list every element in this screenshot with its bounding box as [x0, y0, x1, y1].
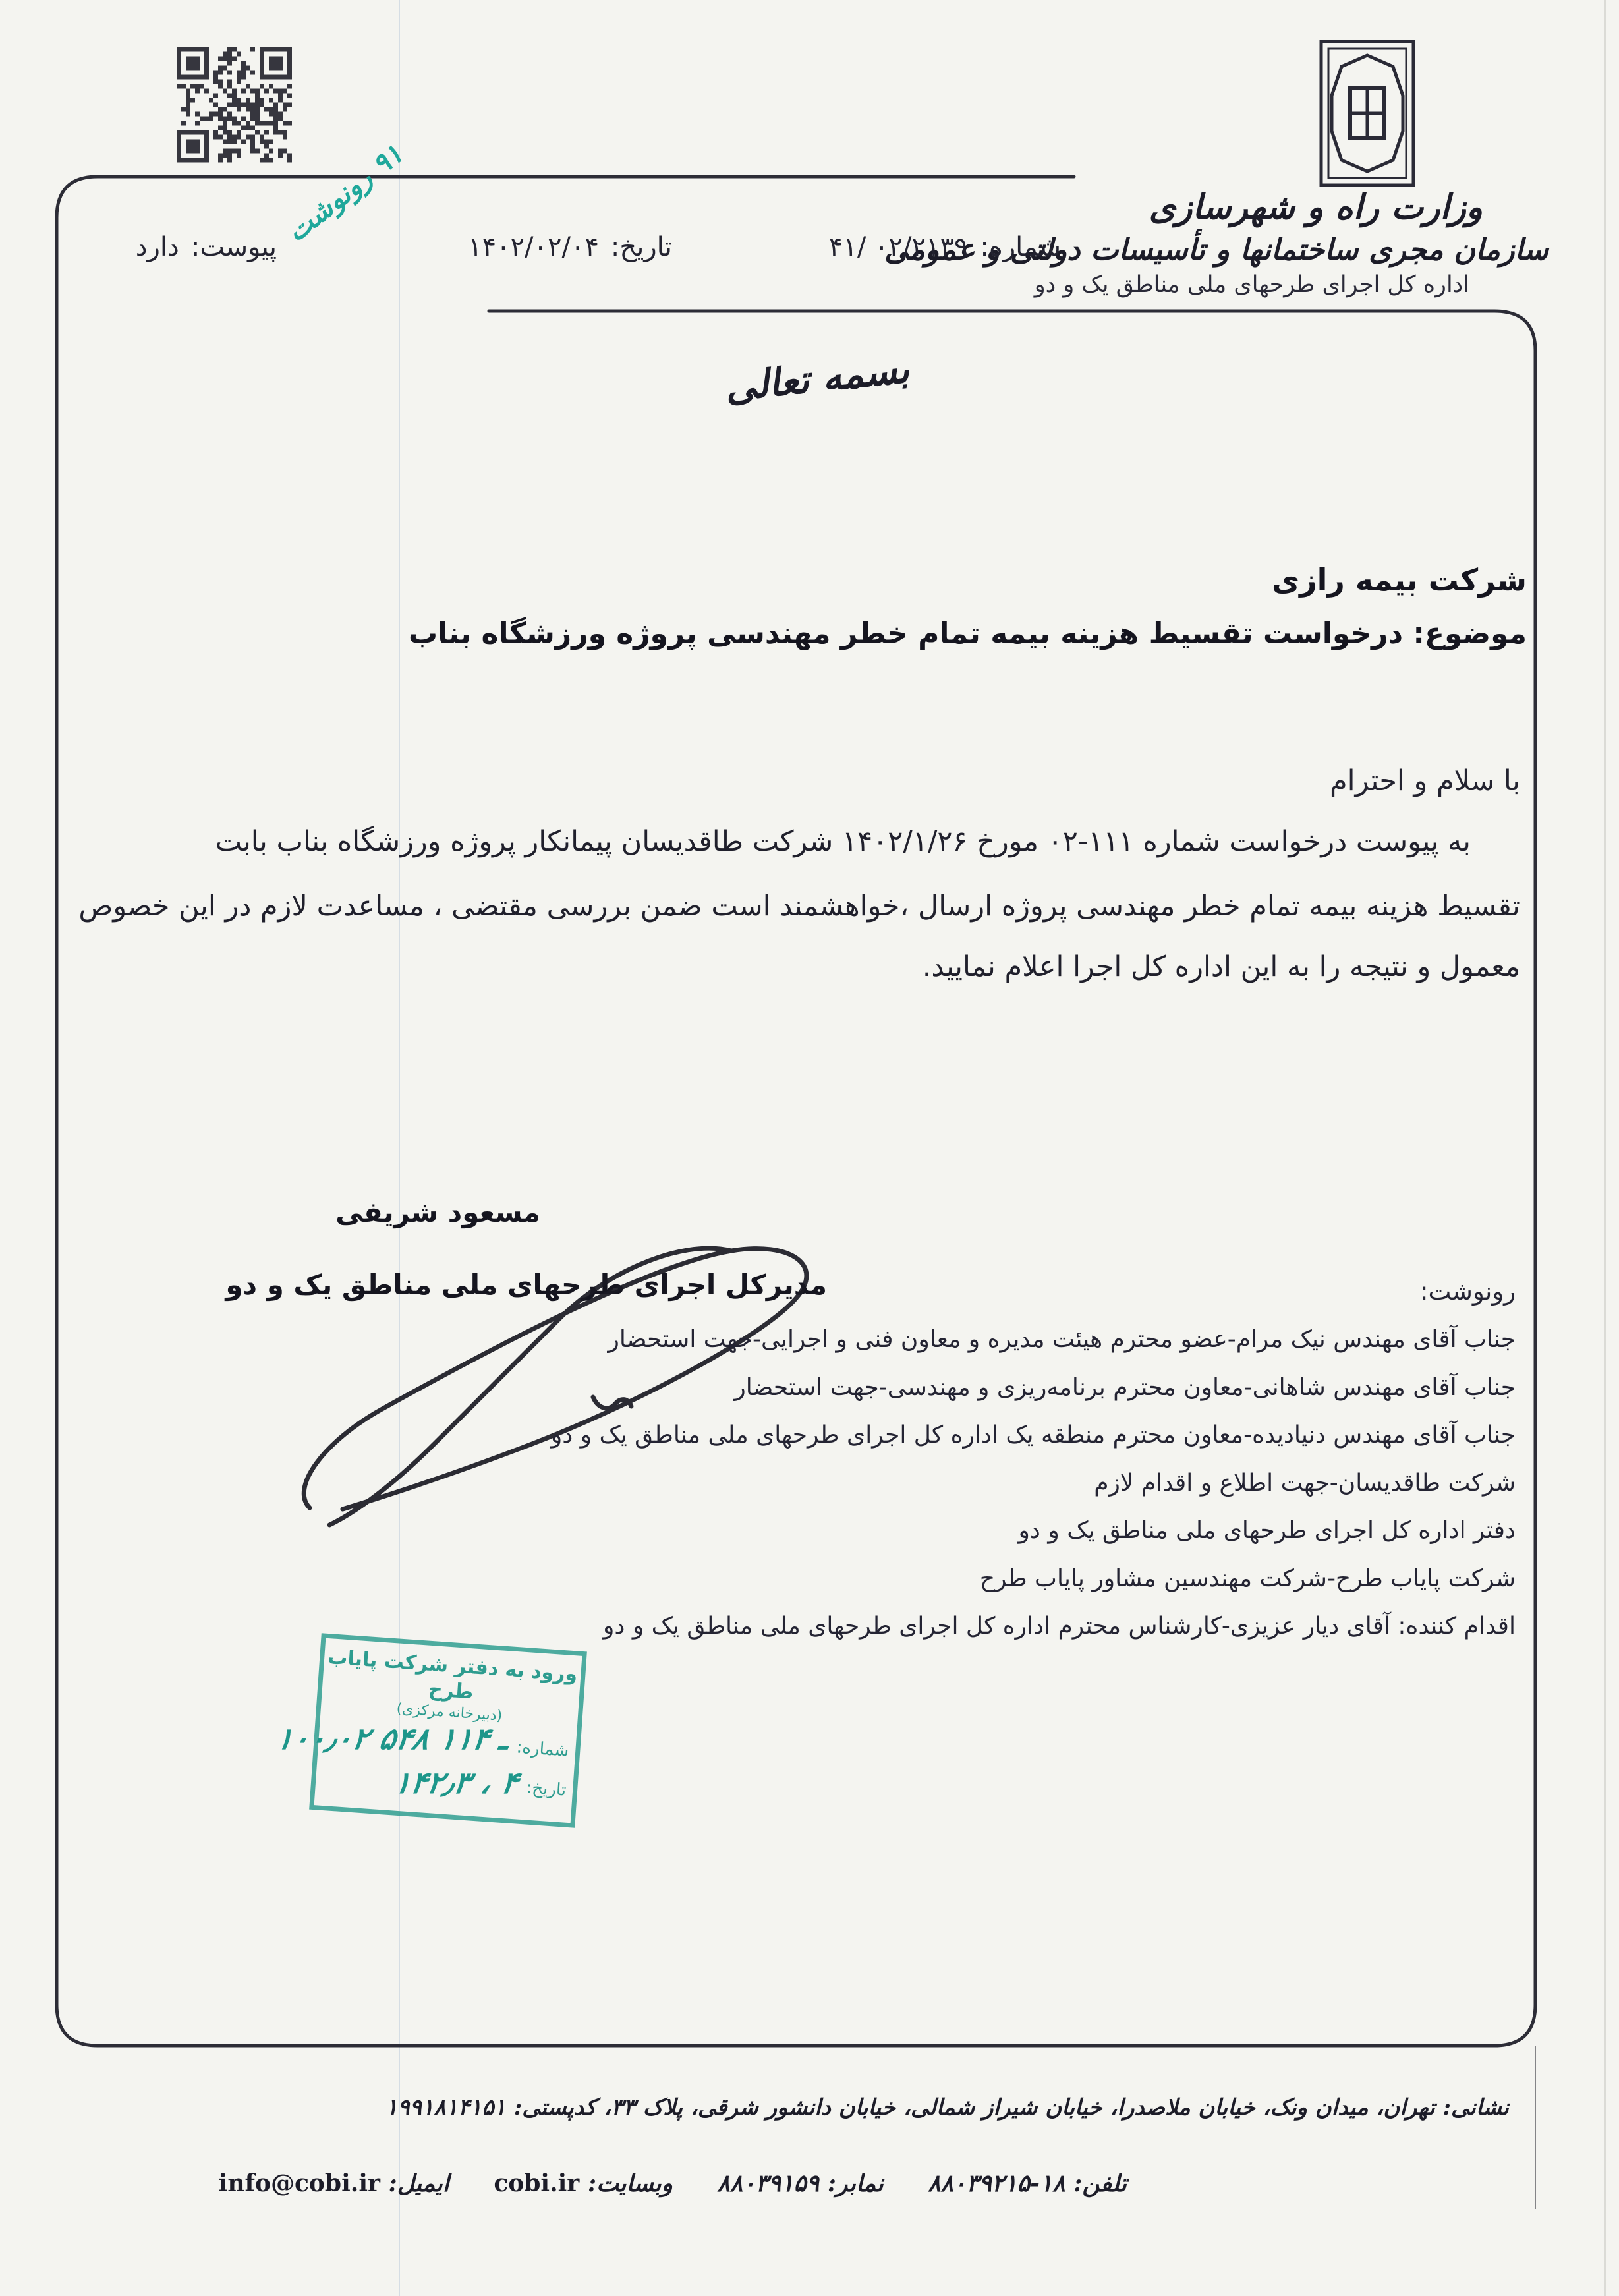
cc-item: جناب آقای مهندس نیک مرام-عضو محترم هیئت … [608, 1326, 1516, 1353]
page-frame-border [0, 0, 1619, 2296]
qr-code [177, 46, 292, 163]
doc-number-label: شماره: [980, 232, 1061, 262]
footer-address: نشانی: تهران، میدان ونک، خیابان ملاصدرا،… [385, 2094, 1509, 2121]
subject-text: درخواست تقسیط هزینه بیمه تمام خطر مهندسی… [409, 617, 1403, 650]
cc-label: رونوشت: [1420, 1277, 1516, 1306]
footer-fax: نمابر: ۸۸۰۳۹۱۵۹ [718, 2169, 884, 2197]
letterhead-organization: سازمان مجری ساختمانها و تأسیسات دولتی و … [1140, 232, 1548, 267]
reception-stamp: ورود به دفتر شرکت پایاب طرح (دبیرخانه مر… [309, 1633, 587, 1828]
body-line-1: به پیوست درخواست شماره ۱۱۱-۰۲ مورخ ۱۴۰۲/… [215, 825, 1471, 858]
ministry-logo [1318, 38, 1417, 188]
doc-number-value: ۴۱/ ۰۲/۲۱۳۹ [829, 232, 969, 262]
signer-name: مسعود شریفی [335, 1196, 540, 1228]
doc-attachment-field: پیوست:دارد [136, 232, 277, 262]
recipient: شرکت بیمه رازی [1272, 562, 1527, 598]
stamp-number-value: ۱۰۰٫۰۲ ـ ۱۱۴ ۵۴۸ [273, 1721, 512, 1756]
doc-date-field: تاریخ:۱۴۰۲/۰۲/۰۴ [468, 232, 672, 262]
salutation: با سلام و احترام [1330, 764, 1520, 797]
footer-phone: تلفن: ۱۸-۸۸۰۳۹۲۱۵ [928, 2169, 1127, 2197]
doc-attachment-value: دارد [136, 232, 179, 262]
body-line-3: معمول و نتیجه را به این اداره کل اجرا اع… [923, 950, 1520, 983]
cc-item: دفتر اداره کل اجرای طرحهای ملی مناطق یک … [1019, 1517, 1516, 1544]
doc-date-label: تاریخ: [611, 232, 672, 262]
body-line-2: تقسیط هزینه بیمه تمام خطر مهندسی پروژه ا… [78, 890, 1520, 923]
footer-contacts: تلفن: ۱۸-۸۸۰۳۹۲۱۵ نمابر: ۸۸۰۳۹۱۵۹ وبسایت… [183, 2169, 1127, 2197]
subject-line: موضوع: درخواست تقسیط هزینه بیمه تمام خطر… [409, 617, 1527, 650]
letterhead-department: اداره کل اجرای طرحهای ملی مناطق یک و دو [1114, 272, 1469, 298]
stamp-date-value: ۱۴۲٫۳ ، ۴ [391, 1765, 521, 1800]
cc-item: شرکت پایاب طرح-شرکت مهندسین مشاور پایاب … [980, 1565, 1516, 1592]
stamp-date-label: تاریخ: [526, 1778, 567, 1800]
stamp-number-label: شماره: [516, 1737, 570, 1760]
footer-website: وبسایت: cobi.ir [494, 2169, 673, 2197]
cc-item: شرکت طاقدیسان-جهت اطلاع و اقدام لازم [1094, 1470, 1516, 1497]
scanned-letter-page: { "letterhead": { "ministry": "وزارت راه… [0, 0, 1619, 2296]
doc-number-field: شماره:۴۱/ ۰۲/۲۱۳۹ [829, 232, 1061, 262]
footer-email: ایمیل: info@cobi.ir [219, 2169, 449, 2197]
cc-item: جناب آقای مهندس دنیادیده-معاون محترم منط… [551, 1421, 1516, 1449]
cc-item: جناب آقای مهندس شاهانی-معاون محترم برنام… [734, 1374, 1516, 1401]
doc-attachment-label: پیوست: [191, 232, 277, 262]
cc-item: اقدام کننده: آقای دیار عزیزی-کارشناس محت… [603, 1613, 1516, 1640]
doc-date-value: ۱۴۰۲/۰۲/۰۴ [468, 232, 599, 262]
letterhead-ministry: وزارت راه و شهرسازی [1193, 187, 1483, 227]
subject-label: موضوع: [1413, 617, 1527, 650]
